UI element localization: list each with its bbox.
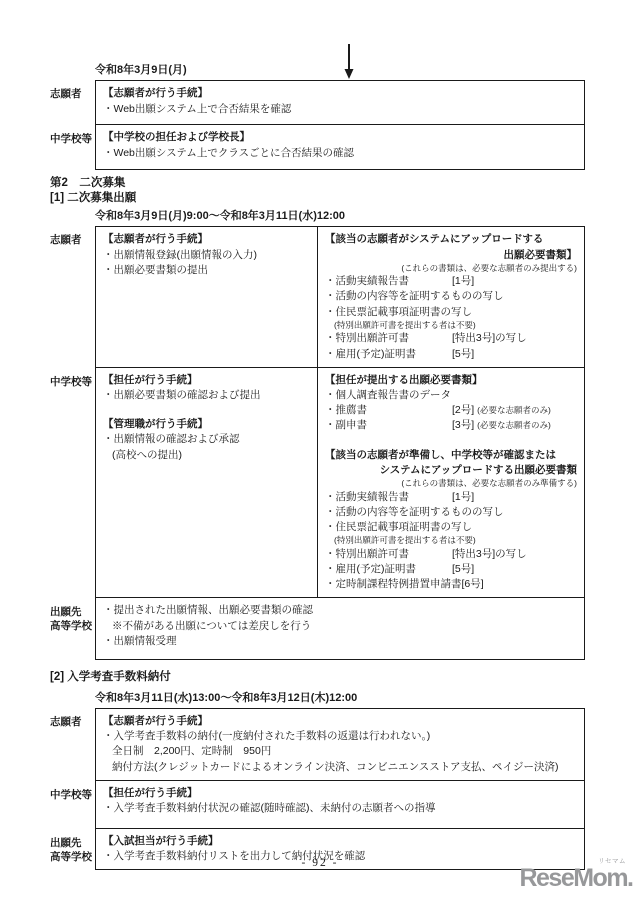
junior-high-procedure-cell: 【担任が行う手続】 ・出願必要書類の確認および提出 【管理職が行う手続】 ・出願… [96,368,317,598]
procedure-item-note: ※不備がある出願については差戻しを行う [103,619,577,634]
document-item-note: (特別出願許可書を提出する者は不要) [325,320,577,331]
applicant-procedure-cell: 【志願者が行う手続】 ・Web出願システム上で合否結果を確認 [96,81,584,124]
row-label-junior-high: 中学校等 [50,125,95,170]
procedure-item: ・出願必要書類の確認および提出 [103,388,310,403]
documents-heading-cont: システムにアップロードする出願必要書類 [325,463,577,478]
document-item: ・推薦書[2号] (必要な志願者のみ) [325,403,577,418]
form-number: [特出3号]の写し [452,332,527,344]
documents-note: (これらの書類は、必要な志願者のみ準備する) [325,478,577,489]
subsection-title-1: [1] 二次募集出願 [50,191,585,205]
procedure-item: ・出願情報登録(出願情報の入力) [103,248,310,263]
row-label-junior-high: 中学校等 [50,781,95,829]
documents-heading: 【担任が提出する出願必要書類】 [325,373,577,388]
form-number: [1号] [452,491,474,503]
table2-date: 令和8年3月9日(月)9:00〜令和8年3月11日(水)12:00 [95,209,585,223]
high-school-procedure-cell: ・提出された出願情報、出願必要書類の確認 ※不備がある出願については差戻しを行う… [96,598,584,659]
documents-heading-cont: 出願必要書類】 [325,248,577,263]
procedure-item: ・提出された出願情報、出願必要書類の確認 [103,603,577,618]
table-row: 志願者 【志願者が行う手続】 ・入学考査手数料の納付(一度納付された手数料の返還… [50,708,585,781]
section-title: 第2 二次募集 [50,176,585,190]
down-arrow-icon [341,44,357,79]
procedure-heading: 【志願者が行う手続】 [103,86,577,101]
procedure-heading: 【入試担当が行う手続】 [103,834,577,849]
document-item: ・活動の内容等を証明するものの写し [325,289,577,304]
row-label-applicant: 志願者 [50,708,95,781]
fee-amounts: 全日制 2,200円、定時制 950円 [103,744,577,759]
procedure-item: ・出願情報の確認および承認 [103,432,310,447]
procedure-item: ・入学考査手数料の納付(一度納付された手数料の返還は行われない。) [103,729,577,744]
row-label-high-school: 出願先 高等学校 [50,598,95,660]
document-item: ・住民票記載事項証明書の写し [325,520,577,535]
document-item: ・定時制課程特例措置申請書[6号] [325,577,577,592]
item-qualifier: (必要な志願者のみ) [477,405,551,415]
procedure-item: ・Web出願システム上で合否結果を確認 [103,102,577,117]
procedure-heading: 【担任が行う手続】 [103,786,577,801]
document-item: ・特別出願許可書[特出3号]の写し [325,331,577,346]
table-row: 出願先 高等学校 ・提出された出願情報、出願必要書類の確認 ※不備がある出願につ… [50,598,585,660]
procedure-item: ・出願情報受理 [103,634,577,649]
form-number: [5号] [452,348,474,360]
procedure-item: ・出願必要書類の提出 [103,263,310,278]
documents-note: (これらの書類は、必要な志願者のみ提出する) [325,263,577,274]
junior-high-fee-cell: 【担任が行う手続】 ・入学考査手数料納付状況の確認(随時確認)、未納付の志願者へ… [96,781,584,828]
junior-high-documents-cell: 【担任が提出する出願必要書類】 ・個人調査報告書のデータ ・推薦書[2号] (必… [317,368,584,598]
document-item: ・雇用(予定)証明書[5号] [325,562,577,577]
row-label-applicant: 志願者 [50,226,95,367]
table-row: 志願者 【志願者が行う手続】 ・出願情報登録(出願情報の入力) ・出願必要書類の… [50,226,585,367]
procedure-heading: 【志願者が行う手続】 [103,232,310,247]
procedure-item: ・Web出願システム上でクラスごとに合否結果の確認 [103,146,577,161]
documents-heading: 【該当の志願者が準備し、中学校等が確認または [325,448,577,463]
document-item: ・特別出願許可書[特出3号]の写し [325,547,577,562]
document-item: ・副申書[3号] (必要な志願者のみ) [325,418,577,433]
form-number: [3号] [452,419,474,431]
document-item: ・雇用(予定)証明書[5号] [325,347,577,362]
procedure-item-cont: (高校への提出) [103,448,310,463]
document-item: ・活動の内容等を証明するものの写し [325,505,577,520]
row-label-junior-high: 中学校等 [50,368,95,599]
document-item: ・個人調査報告書のデータ [325,388,577,403]
procedure-heading: 【中学校の担任および学校長】 [103,130,577,145]
procedure-heading: 【担任が行う手続】 [103,373,310,388]
table-row: 志願者 【志願者が行う手続】 ・Web出願システム上で合否結果を確認 [50,80,585,125]
document-page: 令和8年3月9日(月) 志願者 【志願者が行う手続】 ・Web出願システム上で合… [0,0,640,905]
logo-ruby-text: リセマム [598,859,626,866]
logo-wordmark: ReseMom [519,864,627,892]
table1-date: 令和8年3月9日(月) [95,63,585,77]
applicant-fee-cell: 【志願者が行う手続】 ・入学考査手数料の納付(一度納付された手数料の返還は行われ… [96,709,584,780]
table-row: 中学校等 【担任が行う手続】 ・出願必要書類の確認および提出 【管理職が行う手続… [50,368,585,599]
item-qualifier: (必要な志願者のみ) [477,420,551,430]
procedure-heading: 【志願者が行う手続】 [103,714,577,729]
applicant-procedure-cell: 【志願者が行う手続】 ・出願情報登録(出願情報の入力) ・出願必要書類の提出 [96,227,317,366]
form-number: [5号] [452,563,474,575]
procedure-heading: 【管理職が行う手続】 [103,417,310,432]
row-label-applicant: 志願者 [50,80,95,125]
procedure-item: ・入学考査手数料納付状況の確認(随時確認)、未納付の志願者への指導 [103,801,577,816]
payment-methods: 納付方法(クレジットカードによるオンライン決済、コンビニエンスストア支払、ペイジ… [103,760,577,775]
table-row: 中学校等 【中学校の担任および学校長】 ・Web出願システム上でクラスごとに合否… [50,125,585,170]
junior-high-procedure-cell: 【中学校の担任および学校長】 ・Web出願システム上でクラスごとに合否結果の確認 [96,125,584,169]
form-number: [1号] [452,275,474,287]
form-number: [特出3号]の写し [452,548,527,560]
documents-heading: 【該当の志願者がシステムにアップロードする [325,232,577,247]
document-item: ・住民票記載事項証明書の写し [325,305,577,320]
document-item: ・活動実績報告書[1号] [325,274,577,289]
applicant-documents-cell: 【該当の志願者がシステムにアップロードする 出願必要書類】 (これらの書類は、必… [317,227,584,366]
application-table: 志願者 【志願者が行う手続】 ・出願情報登録(出願情報の入力) ・出願必要書類の… [50,226,585,660]
table3-date: 令和8年3月11日(水)13:00〜令和8年3月12日(木)12:00 [95,691,585,705]
fee-payment-table: 志願者 【志願者が行う手続】 ・入学考査手数料の納付(一度納付された手数料の返還… [50,708,585,870]
resemom-logo: リセマムReseMom. [519,866,634,891]
subsection-title-2: [2] 入学考査手数料納付 [50,670,585,684]
table-row: 中学校等 【担任が行う手続】 ・入学考査手数料納付状況の確認(随時確認)、未納付… [50,781,585,829]
result-check-table: 志願者 【志願者が行う手続】 ・Web出願システム上で合否結果を確認 中学校等 … [50,80,585,170]
form-number: [2号] [452,404,474,416]
document-item: ・活動実績報告書[1号] [325,490,577,505]
document-item-note: (特別出願許可書を提出する者は不要) [325,535,577,546]
